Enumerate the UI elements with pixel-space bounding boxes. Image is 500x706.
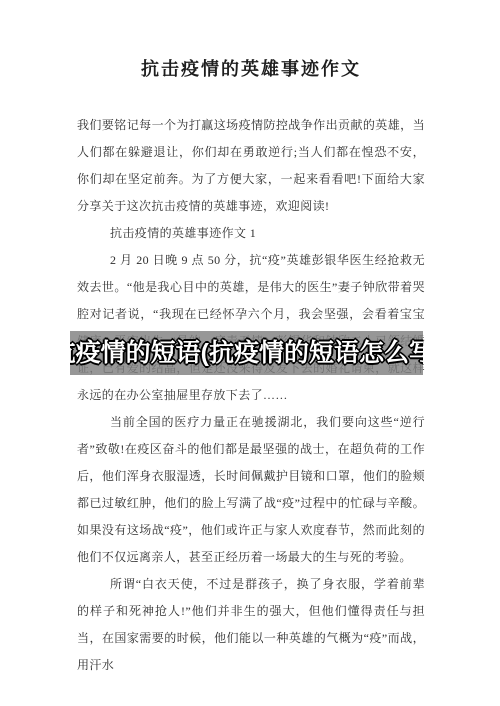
- document-page: 抗击疫情的英雄事迹作文 我们要铭记每一个为打赢这场疫情防控战争作出贡献的英雄，当…: [0, 0, 500, 706]
- paragraph-medical-forces: 当前全国的医疗力量正在驰援湖北，我们要向这些“逆行者”致敬!在疫区奋斗的他们都是…: [77, 409, 425, 571]
- document-title: 抗击疫情的英雄事迹作文: [77, 0, 425, 83]
- paragraph-intro: 我们要铭记每一个为打赢这场疫情防控战争作出贡献的英雄，当人们都在躲避退让，你们却…: [77, 112, 425, 220]
- paragraph-hero-story: 2 月 20 日晚 9 点 50 分，抗“疫”英雄彭银华医生经抢救无效去世。“他…: [77, 247, 425, 409]
- document-body: 我们要铭记每一个为打赢这场疫情防控战争作出贡献的英雄，当人们都在躲避退让，你们却…: [77, 112, 425, 679]
- section-subtitle: 抗击疫情的英雄事迹作文 1: [77, 220, 425, 247]
- overlay-title-banner: 抗疫情的短语(抗疫情的短语怎么写): [70, 331, 423, 375]
- overlay-banner-text: 抗疫情的短语(抗疫情的短语怎么写): [70, 341, 423, 366]
- paragraph-angels-in-white: 所谓“白衣天使，不过是群孩子，换了身衣服，学着前辈的样子和死神抢人!”他们并非生…: [77, 571, 425, 679]
